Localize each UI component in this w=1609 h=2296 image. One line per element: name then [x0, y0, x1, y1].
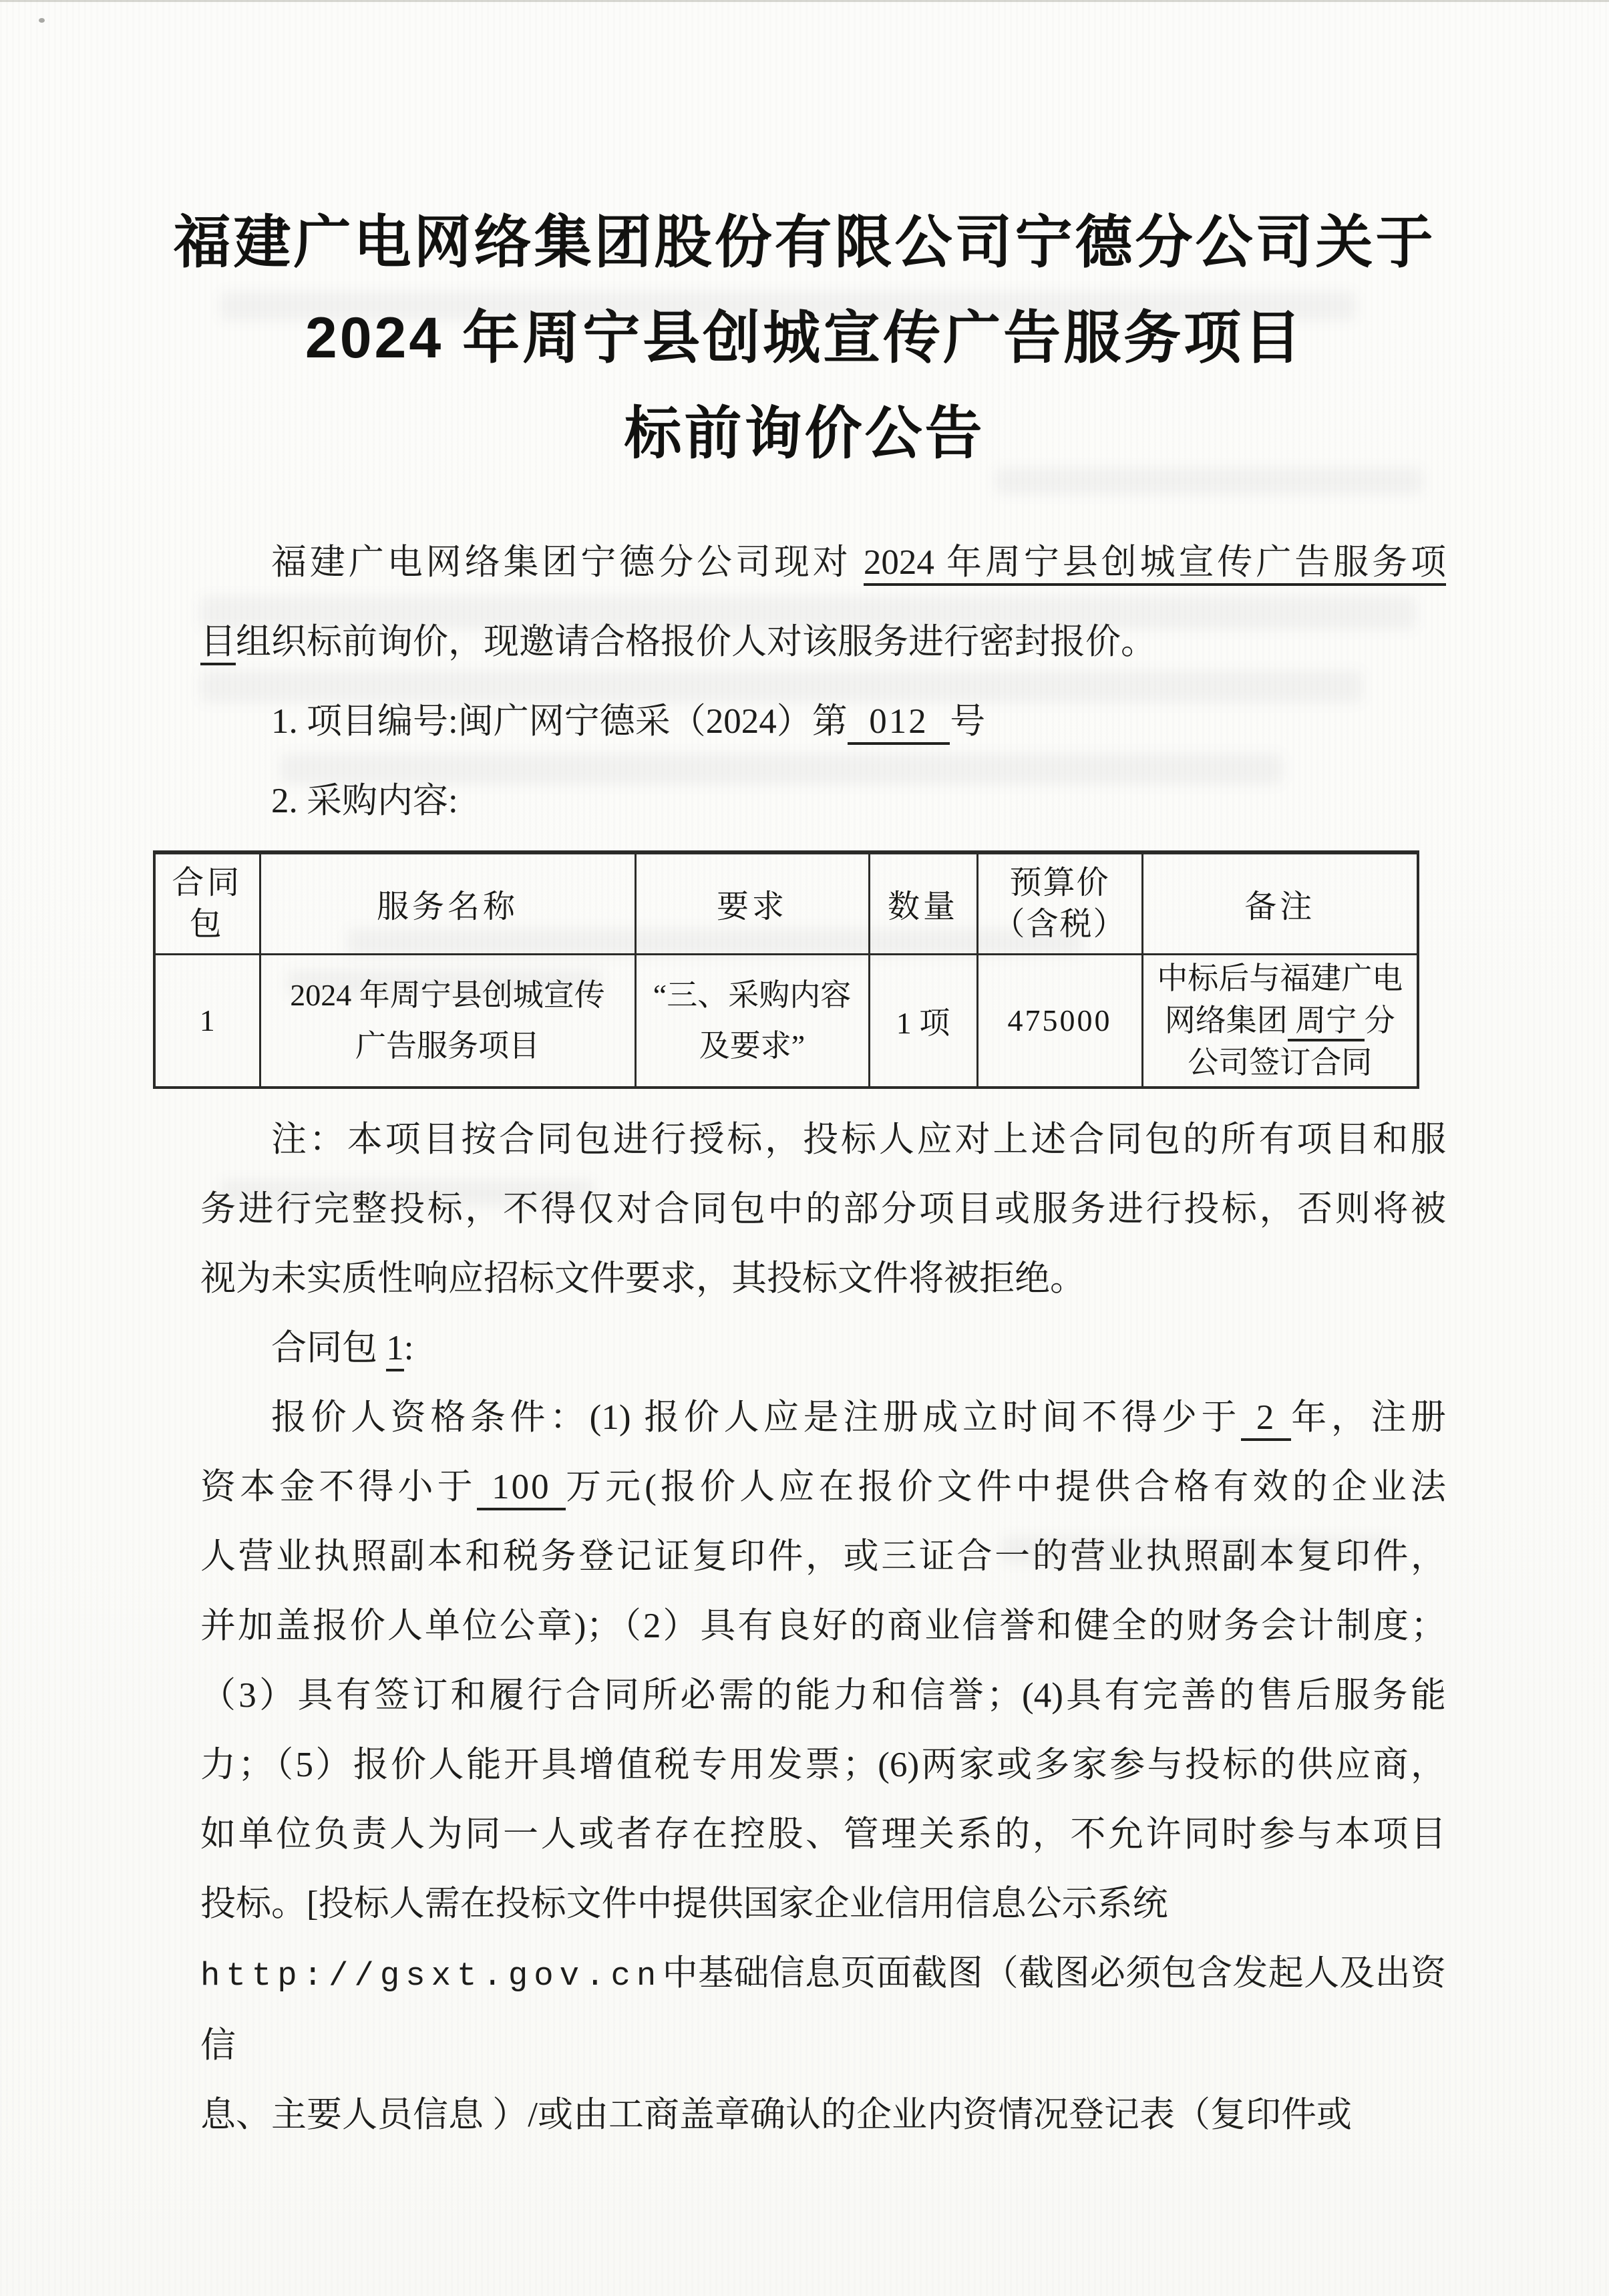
note-line-1: 注：本项目按合同包进行授标，投标人应对上述合同包的所有项目和服: [200, 1105, 1446, 1174]
remark-line-2-prefix: 网络集团: [1165, 1003, 1288, 1037]
header-requirement: 要求: [635, 852, 869, 954]
cell-service-name: 2024 年周宁县创城宣传 广告服务项目: [260, 954, 635, 1088]
qualification-line-3: 人营业执照副本和税务登记证复印件，或三证合一的营业执照副本复印件，: [200, 1522, 1446, 1591]
cell-remark: 中标后与福建广电 网络集团 周宁 分 公司签订合同: [1142, 954, 1418, 1088]
document-body: 福建广电网络集团宁德分公司现对 2024 年周宁县创城宣传广告服务项 目组织标前…: [200, 523, 1446, 2150]
qual-underlined-capital: 100: [477, 1468, 566, 1510]
header-service-name: 服务名称: [260, 852, 635, 954]
cell-requirement: “三、采购内容 及要求”: [635, 954, 869, 1088]
note-line-2: 务进行完整投标，不得仅对合同包中的部分项目或服务进行投标，否则将被: [200, 1174, 1446, 1244]
qualification-line-1: 报价人资格条件：(1) 报价人应是注册成立时间不得少于 2 年，注册: [200, 1383, 1446, 1452]
header-budget-line-1: 预算价: [978, 862, 1141, 904]
bleedthrough-smudge: [220, 291, 1356, 321]
scanned-document-page: 福建广电网络集团股份有限公司宁德分公司关于 2024 年周宁县创城宣传广告服务项…: [0, 0, 1609, 2296]
gsxt-url-text: http://gsxt.gov.cn: [200, 1957, 662, 1995]
cell-quantity: 1 项: [869, 954, 977, 1088]
package-heading-colon: :: [404, 1329, 414, 1367]
document-title: 福建广电网络集团股份有限公司宁德分公司关于 2024 年周宁县创城宣传广告服务项…: [0, 0, 1609, 482]
qual-l2-text: 资本金不得小于: [200, 1468, 477, 1506]
service-name-line-1: 2024 年周宁县创城宣传: [261, 970, 635, 1021]
qualification-line-2: 资本金不得小于 100 万元(报价人应在报价文件中提供合格有效的企业法: [200, 1452, 1446, 1522]
remark-line-2: 网络集团 周宁 分: [1143, 999, 1417, 1041]
remark-line-1: 中标后与福建广电: [1143, 957, 1417, 999]
project-number-suffix: 号: [950, 702, 985, 741]
qualification-line-5: （3）具有签订和履行合同所必需的能力和信誉；(4)具有完善的售后服务能: [200, 1661, 1446, 1730]
item-project-number: 1. 项目编号:闽广网宁德采（2024）第 012 号: [200, 682, 1446, 762]
intro-underline-continuation: 目: [200, 623, 236, 665]
intro-underlined-project-name: 2024 年周宁县创城宣传广告服务项: [864, 543, 1446, 586]
qualification-line-10: 息、主要人员信息 ）/或由工商盖章确认的企业内资情况登记表（复印件或: [200, 2080, 1446, 2150]
qualification-line-4: 并加盖报价人单位公章)；（2）具有良好的商业信誉和健全的财务会计制度；: [200, 1591, 1446, 1661]
package-number-underlined: 1: [386, 1329, 404, 1371]
qual-l1-text: 报价人资格条件：(1) 报价人应是注册成立时间不得少于: [271, 1398, 1241, 1437]
note-line-3: 视为未实质性响应招标文件要求，其投标文件将被拒绝。: [200, 1244, 1446, 1313]
remark-underlined-branch: 周宁: [1288, 1003, 1365, 1041]
header-budget-price: 预算价 （含税）: [977, 852, 1142, 954]
qual-l1-suffix: 年，注册: [1291, 1398, 1446, 1437]
procurement-table: 合同包 服务名称 要求 数量 预算价 （含税） 备注 1 2024 年周宁县创城…: [153, 850, 1419, 1089]
project-number-label: 1. 项目编号:闽广网宁德采（2024）第: [271, 702, 848, 741]
header-remark: 备注: [1142, 852, 1418, 954]
procurement-table-wrapper: 合同包 服务名称 要求 数量 预算价 （含税） 备注 1 2024 年周宁县创城…: [153, 850, 1446, 1089]
intro-line-2: 目组织标前询价，现邀请合格报价人对该服务进行密封报价。: [200, 603, 1446, 682]
remark-line-3: 公司签订合同: [1143, 1041, 1417, 1084]
qualification-line-7: 如单位负责人为同一人或者存在控股、管理关系的，不允许同时参与本项目: [200, 1800, 1446, 1869]
qualification-line-8: 投标。[投标人需在投标文件中提供国家企业信用信息公示系统: [200, 1869, 1446, 1939]
document-title-line-1: 福建广电网络集团股份有限公司宁德分公司关于: [0, 195, 1609, 291]
service-name-line-2: 广告服务项目: [261, 1021, 635, 1072]
qualification-line-9: http://gsxt.gov.cn中基础信息页面截图（截图必须包含发起人及出资…: [200, 1939, 1446, 2080]
remark-line-2-suffix: 分: [1365, 1003, 1395, 1037]
qual-l2-suffix: 万元(报价人应在报价文件中提供合格有效的企业法: [566, 1468, 1446, 1506]
scan-edge-artifact: [0, 0, 1609, 2]
header-budget-line-2: （含税）: [978, 904, 1141, 945]
intro-rest-text: 组织标前询价，现邀请合格报价人对该服务进行密封报价。: [236, 623, 1156, 661]
cell-budget-price: 475000: [977, 954, 1142, 1088]
terms-section: 注：本项目按合同包进行授标，投标人应对上述合同包的所有项目和服 务进行完整投标，…: [200, 1105, 1446, 2150]
header-quantity: 数量: [869, 852, 977, 954]
bleedthrough-smudge: [995, 468, 1423, 494]
qualification-line-6: 力；（5）报价人能开具增值税专用发票；(6)两家或多家参与投标的供应商，: [200, 1730, 1446, 1800]
table-header-row: 合同包 服务名称 要求 数量 预算价 （含税） 备注: [154, 852, 1418, 954]
table-row: 1 2024 年周宁县创城宣传 广告服务项目 “三、采购内容 及要求” 1 项 …: [154, 954, 1418, 1088]
header-contract-package-label: 合同包: [167, 862, 247, 945]
header-contract-package: 合同包: [154, 852, 260, 954]
package-heading: 合同包 1:: [200, 1313, 1446, 1383]
requirement-line-1: “三、采购内容: [637, 970, 868, 1021]
intro-section: 福建广电网络集团宁德分公司现对 2024 年周宁县创城宣传广告服务项 目组织标前…: [200, 523, 1446, 841]
project-number-underlined-value: 012: [848, 702, 950, 745]
package-heading-label: 合同包: [271, 1329, 386, 1367]
qual-underlined-years: 2: [1241, 1398, 1291, 1441]
intro-line-1: 福建广电网络集团宁德分公司现对 2024 年周宁县创城宣传广告服务项: [200, 523, 1446, 603]
requirement-line-2: 及要求”: [637, 1021, 868, 1072]
scan-speck-artifact: [39, 18, 45, 23]
item-procurement-content: 2. 采购内容:: [200, 762, 1446, 841]
cell-package-number: 1: [154, 954, 260, 1088]
intro-text: 福建广电网络集团宁德分公司现对: [271, 543, 864, 582]
